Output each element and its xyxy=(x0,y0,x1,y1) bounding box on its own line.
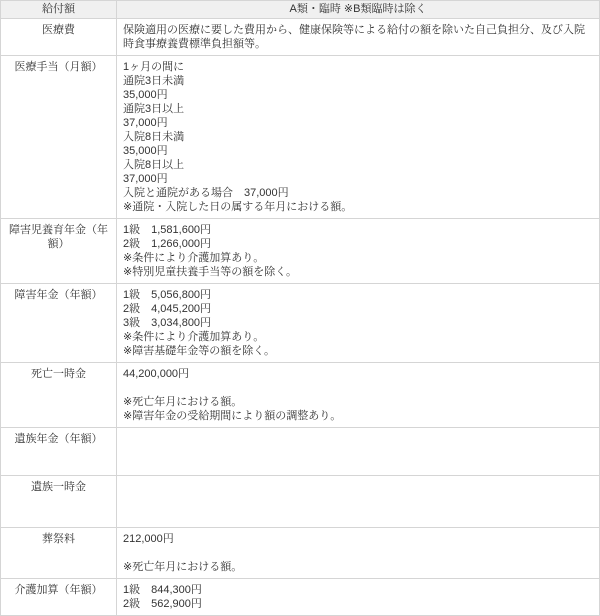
row-label: 障害年金（年額） xyxy=(1,284,117,363)
row-content: 44,200,000円 ※死亡年月における額。 ※障害年金の受給期間により額の調… xyxy=(117,363,600,428)
row-content xyxy=(117,476,600,528)
table-row: 遺族年金（年額） xyxy=(1,428,600,476)
row-content: 1ヶ月の間に 通院3日未満 35,000円 通院3日以上 37,000円 入院8… xyxy=(117,56,600,219)
row-content: 212,000円 ※死亡年月における額。 xyxy=(117,528,600,579)
table-row: 死亡一時金 44,200,000円 ※死亡年月における額。 ※障害年金の受給期間… xyxy=(1,363,600,428)
table-row: 医療手当（月額） 1ヶ月の間に 通院3日未満 35,000円 通院3日以上 37… xyxy=(1,56,600,219)
row-label: 葬祭料 xyxy=(1,528,117,579)
row-content: 1級 1,581,600円 2級 1,266,000円 ※条件により介護加算あり… xyxy=(117,219,600,284)
row-label: 障害児養育年金（年額） xyxy=(1,219,117,284)
table-row: 障害年金（年額） 1級 5,056,800円 2級 4,045,200円 3級 … xyxy=(1,284,600,363)
row-label: 死亡一時金 xyxy=(1,363,117,428)
row-content: 1級 844,300円 2級 562,900円 xyxy=(117,579,600,616)
row-label: 介護加算（年額） xyxy=(1,579,117,616)
row-label: 医療手当（月額） xyxy=(1,56,117,219)
table-row: 遺族一時金 xyxy=(1,476,600,528)
table-row: 葬祭料 212,000円 ※死亡年月における額。 xyxy=(1,528,600,579)
table-row: 介護加算（年額） 1級 844,300円 2級 562,900円 xyxy=(1,579,600,616)
row-label: 遺族一時金 xyxy=(1,476,117,528)
row-label: 遺族年金（年額） xyxy=(1,428,117,476)
page: 給付額 A類・臨時 ※B類臨時は除く 医療費 保険適用の医療に要した費用から、健… xyxy=(0,0,600,603)
row-label: 医療費 xyxy=(1,19,117,56)
header-category: A類・臨時 ※B類臨時は除く xyxy=(117,1,600,19)
row-content: 保険適用の医療に要した費用から、健康保険等による給付の額を除いた自己負担分、及び… xyxy=(117,19,600,56)
row-content xyxy=(117,428,600,476)
row-content: 1級 5,056,800円 2級 4,045,200円 3級 3,034,800… xyxy=(117,284,600,363)
table-row: 障害児養育年金（年額） 1級 1,581,600円 2級 1,266,000円 … xyxy=(1,219,600,284)
header-benefit-amount: 給付額 xyxy=(1,1,117,19)
header-row: 給付額 A類・臨時 ※B類臨時は除く xyxy=(1,1,600,19)
table-row: 医療費 保険適用の医療に要した費用から、健康保険等による給付の額を除いた自己負担… xyxy=(1,19,600,56)
benefits-table: 給付額 A類・臨時 ※B類臨時は除く 医療費 保険適用の医療に要した費用から、健… xyxy=(0,0,600,616)
